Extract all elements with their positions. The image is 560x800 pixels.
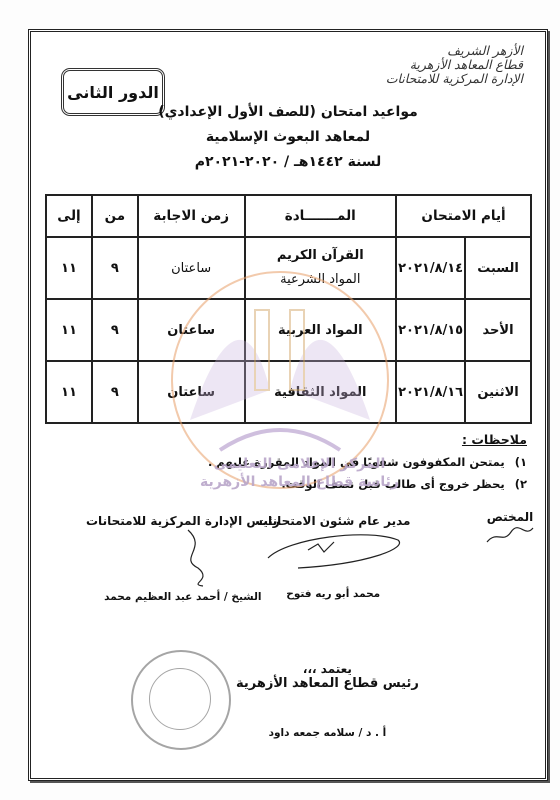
note-number: ٢) xyxy=(515,477,527,491)
approval-label: يعتمد ،،، xyxy=(236,662,419,676)
approval-title: رئيس قطاع المعاهد الأزهرية xyxy=(236,676,419,691)
table-row: السبت ٢٠٢١/٨/١٤ القرآن الكريم المواد الش… xyxy=(46,237,531,299)
cell-duration: ساعتان xyxy=(138,361,245,423)
cell-duration: ساعتان xyxy=(138,237,245,299)
specialist-title: المختص xyxy=(485,510,535,524)
signature-scribble-icon xyxy=(258,528,408,573)
stamp-mosque-icon xyxy=(149,668,211,730)
cell-from: ٩ xyxy=(92,361,138,423)
document-frame: الدور الثانى الأزهر الشريف قطاع المعاهد … xyxy=(28,29,548,781)
cell-day: السبت xyxy=(465,237,531,299)
cell-to: ١١ xyxy=(46,237,92,299)
watermark-line-1: المركز الإعلامى التعليمى xyxy=(200,455,399,473)
note-number: ١) xyxy=(515,455,527,469)
watermark-text: المركز الإعلامى التعليمى رئاسة قطاع المع… xyxy=(200,455,399,491)
cell-day: الاثنين xyxy=(465,361,531,423)
header-from: من xyxy=(92,195,138,237)
org-line-3: الإدارة المركزية للامتحانات xyxy=(386,72,523,86)
central-head-name: الشيخ / أحمد عبد العظيم محمد xyxy=(86,591,280,603)
signature-scribble-icon xyxy=(485,524,535,546)
subject-line: القرآن الكريم xyxy=(247,244,395,268)
title-line-3: لسنة ١٤٤٢هـ / ٢٠٢٠-٢٠٢١م xyxy=(31,150,545,175)
cell-subject: المواد الثقافية xyxy=(245,361,397,423)
signature-specialist: المختص xyxy=(485,510,535,549)
header-to: إلى xyxy=(46,195,92,237)
exam-schedule-table: أيام الامتحان المـــــــادة زمن الاجابة … xyxy=(45,194,532,424)
header-exam-days: أيام الامتحان xyxy=(396,195,531,237)
cell-date: ٢٠٢١/٨/١٥ xyxy=(396,299,465,361)
cell-to: ١١ xyxy=(46,299,92,361)
table-row: الاثنين ٢٠٢١/٨/١٦ المواد الثقافية ساعتان… xyxy=(46,361,531,423)
header-subject: المـــــــادة xyxy=(245,195,397,237)
title-line-1: مواعيد امتحان (للصف الأول الإعدادي) xyxy=(31,100,545,125)
cell-subject: القرآن الكريم المواد الشرعية xyxy=(245,237,397,299)
watermark-line-2: رئاسة قطاع المعاهد الأزهرية xyxy=(200,473,399,491)
document-title: مواعيد امتحان (للصف الأول الإعدادي) لمعا… xyxy=(31,100,545,175)
header-duration: زمن الاجابة xyxy=(138,195,245,237)
cell-to: ١١ xyxy=(46,361,92,423)
org-line-1: الأزهر الشريف xyxy=(386,44,523,58)
signature-central-head: رئيس الإدارة المركزية للامتحانات الشيخ /… xyxy=(86,514,280,603)
central-head-title: رئيس الإدارة المركزية للامتحانات xyxy=(86,514,280,528)
cell-duration: ساعتان xyxy=(138,299,245,361)
title-line-2: لمعاهد البعوث الإسلامية xyxy=(31,125,545,150)
cell-date: ٢٠٢١/٨/١٦ xyxy=(396,361,465,423)
round-label-text: الدور الثانى xyxy=(67,83,159,102)
notes-heading: ملاحظات : xyxy=(208,432,527,447)
organization-header: الأزهر الشريف قطاع المعاهد الأزهرية الإد… xyxy=(386,44,523,86)
official-stamp xyxy=(131,650,231,750)
subject-line: المواد الشرعية xyxy=(247,268,395,292)
approval-block: يعتمد ،،، رئيس قطاع المعاهد الأزهرية أ .… xyxy=(236,662,419,739)
table-header-row: أيام الامتحان المـــــــادة زمن الاجابة … xyxy=(46,195,531,237)
cell-subject: المواد العربية xyxy=(245,299,397,361)
org-line-2: قطاع المعاهد الأزهرية xyxy=(386,58,523,72)
approval-name: أ . د / سلامه جمعه داود xyxy=(236,727,419,739)
cell-from: ٩ xyxy=(92,299,138,361)
table-row: الأحد ٢٠٢١/٨/١٥ المواد العربية ساعتان ٩ … xyxy=(46,299,531,361)
cell-date: ٢٠٢١/٨/١٤ xyxy=(396,237,465,299)
cell-from: ٩ xyxy=(92,237,138,299)
cell-day: الأحد xyxy=(465,299,531,361)
signature-scribble-icon xyxy=(118,528,248,588)
